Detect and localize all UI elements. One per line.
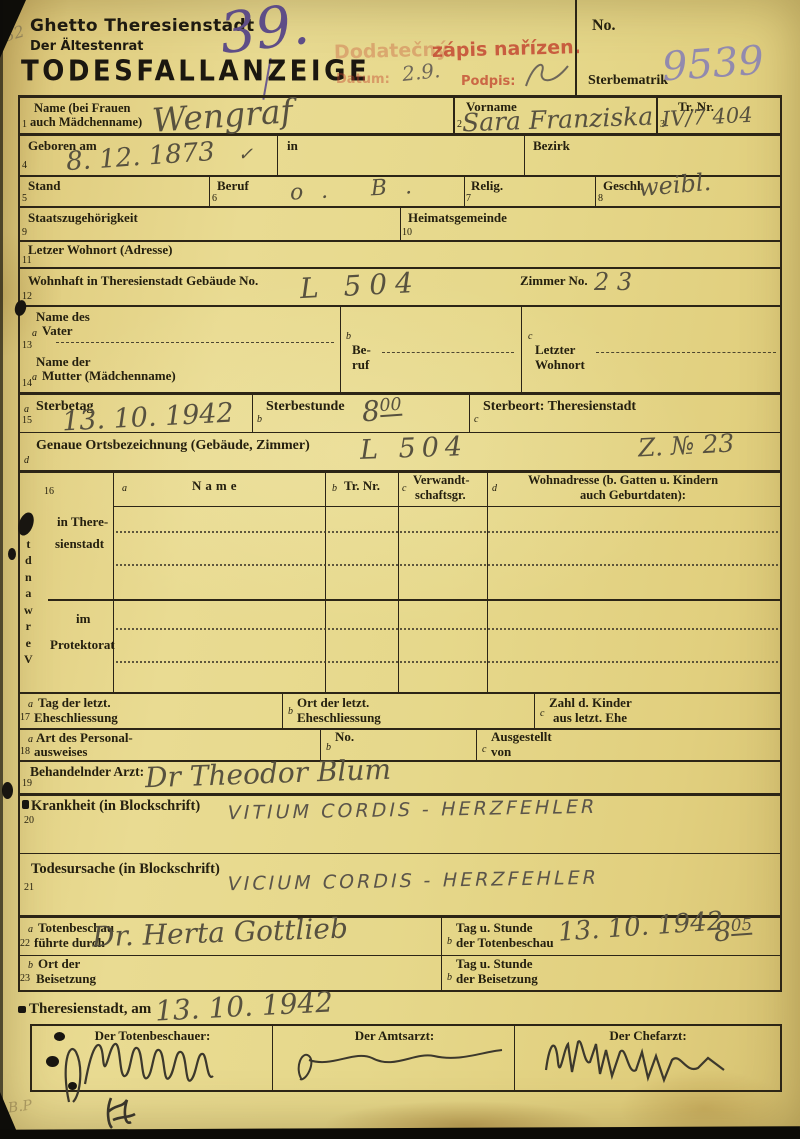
field-17-number: 17 bbox=[20, 712, 30, 723]
header-divider bbox=[575, 0, 577, 95]
field-6-label: Beruf bbox=[217, 179, 249, 194]
write-line bbox=[56, 342, 334, 343]
field-11-label: Letzer Wohnort (Adresse) bbox=[28, 243, 172, 258]
field-16-number: 16 bbox=[44, 486, 54, 497]
field-17c-label2: aus letzt. Ehe bbox=[553, 711, 627, 726]
rule bbox=[400, 206, 401, 240]
field-10-label: Heimatsgemeinde bbox=[408, 211, 507, 226]
field-14-sub: a bbox=[32, 372, 37, 383]
torn-hole bbox=[8, 548, 16, 560]
field-23a-label2: Beisetzung bbox=[36, 972, 96, 987]
rule bbox=[521, 305, 522, 392]
field-1-number: 1 bbox=[22, 119, 27, 130]
field-17c-sub: c bbox=[540, 708, 544, 719]
write-line bbox=[116, 628, 778, 630]
stamp-datum-value: 2.9. bbox=[401, 60, 441, 84]
torn-hole bbox=[2, 782, 13, 799]
field-17b-label1: Ort der letzt. bbox=[297, 696, 369, 711]
field-14-label2: Mutter (Mädchenname) bbox=[42, 369, 176, 384]
no-label: No. bbox=[592, 17, 616, 35]
write-line bbox=[596, 352, 776, 353]
rule bbox=[18, 793, 782, 796]
field-15b-label: Sterbestunde bbox=[266, 399, 345, 415]
field-2-value: Sara Franziska bbox=[462, 104, 654, 136]
torn-hole bbox=[68, 1082, 77, 1090]
field-23a-sub: b bbox=[28, 960, 33, 971]
rule bbox=[595, 175, 596, 206]
field-4-in-label: in bbox=[287, 139, 298, 154]
rule bbox=[18, 133, 782, 136]
field-4-bezirk-label: Bezirk bbox=[533, 139, 570, 154]
write-line bbox=[382, 352, 514, 353]
table-col-c-label1: Verwandt- bbox=[413, 473, 469, 487]
torn-hole bbox=[54, 1032, 65, 1041]
field-23a-label1: Ort der bbox=[38, 957, 80, 972]
write-line bbox=[116, 531, 778, 533]
field-12-label: Wohnhaft in Theresienstadt Gebäude No. bbox=[28, 274, 258, 289]
field-18c-label1: Ausgestellt bbox=[491, 730, 552, 745]
field-18b-label: No. bbox=[335, 730, 354, 745]
field-13c-sub: c bbox=[528, 331, 532, 342]
field-15d-value2: Z. № 23 bbox=[637, 430, 734, 460]
rule bbox=[441, 915, 442, 992]
field-17a-label2: Eheschliessung bbox=[34, 711, 118, 726]
field-18c-sub: c bbox=[482, 744, 486, 755]
field-13b-label2: ruf bbox=[352, 358, 369, 373]
field-3-value: IV/7 404 bbox=[662, 105, 754, 131]
field-13c-label2: Wohnort bbox=[535, 358, 585, 373]
rule bbox=[18, 95, 782, 98]
field-13b-sub: b bbox=[346, 331, 351, 342]
form-title: TODESFALLANZEIGE bbox=[21, 56, 370, 88]
field-15b-sub: b bbox=[257, 414, 262, 425]
chefarzt-signature bbox=[538, 1030, 733, 1085]
scan-edge-left bbox=[0, 0, 3, 1139]
field-15b-value-sup: 00 bbox=[379, 397, 402, 418]
field-10-number: 10 bbox=[402, 227, 412, 238]
rule bbox=[656, 95, 658, 133]
field-15b-value: 800 bbox=[361, 396, 403, 427]
rule bbox=[780, 95, 782, 992]
field-5-label: Stand bbox=[28, 179, 61, 194]
rule bbox=[209, 175, 210, 206]
rule bbox=[453, 95, 455, 133]
field-1-label2: auch Mädchenname) bbox=[30, 115, 142, 129]
field-14-number: 14 bbox=[22, 378, 32, 389]
rule bbox=[282, 692, 283, 728]
field-18c-label2: von bbox=[491, 745, 511, 760]
rule bbox=[18, 95, 20, 992]
pencil-note-bottom-left: B.P bbox=[7, 1098, 33, 1115]
field-20-number: 20 bbox=[24, 815, 34, 826]
totenbeschauer-signature bbox=[55, 1026, 255, 1106]
rule bbox=[252, 392, 253, 432]
sterbematrik-value: 9539 bbox=[661, 40, 765, 87]
relatives-group1-label1: in There- bbox=[57, 515, 108, 530]
field-4-checkmark: ✓ bbox=[238, 146, 253, 164]
field-7-number: 7 bbox=[466, 193, 471, 204]
field-8-value: weibl. bbox=[637, 170, 712, 200]
torn-hole bbox=[46, 1056, 59, 1067]
field-18-number: 18 bbox=[20, 746, 30, 757]
field-19-value: Dr Theodor Blum bbox=[145, 756, 392, 793]
field-23-number: 23 bbox=[20, 973, 30, 984]
field-23b-label2: der Beisetzung bbox=[456, 972, 538, 987]
rule bbox=[18, 853, 782, 854]
field-11-number: 11 bbox=[22, 255, 32, 266]
field-20-label: Krankheit (in Blockschrift) bbox=[31, 798, 200, 814]
field-4-number: 4 bbox=[22, 160, 27, 171]
table-col-c-sub: c bbox=[402, 483, 406, 494]
field-15-number: 15 bbox=[22, 415, 32, 426]
rule bbox=[534, 692, 535, 728]
rule bbox=[340, 305, 341, 392]
field-13c-label1: Letzter bbox=[535, 343, 575, 358]
council-name: Der Ältestenrat bbox=[30, 39, 144, 54]
rule bbox=[514, 1024, 515, 1090]
field-18b-sub: b bbox=[326, 742, 331, 753]
document-scan: Ghetto Theresienstadt Der Ältestenrat 39… bbox=[0, 0, 800, 1139]
rule bbox=[18, 990, 782, 992]
field-18a-sub: a bbox=[28, 734, 33, 745]
field-21-number: 21 bbox=[24, 882, 34, 893]
field-13-label2: Vater bbox=[42, 324, 73, 339]
stamp-podpis-label: Podpis: bbox=[461, 74, 515, 89]
field-15c-label: Sterbeort: Theresienstadt bbox=[483, 399, 636, 415]
field-15c-sub: c bbox=[474, 414, 478, 425]
ink-blot bbox=[22, 800, 29, 809]
field-15d-sub: d bbox=[24, 455, 29, 466]
field-13b-label1: Be- bbox=[352, 343, 371, 358]
field-18a-label2: ausweises bbox=[34, 745, 87, 760]
field-17c-label1: Zahl d. Kinder bbox=[549, 696, 632, 711]
rule bbox=[18, 955, 782, 956]
stamp-datum-label: Datum: bbox=[336, 72, 390, 87]
table-col-a-label: Name bbox=[192, 479, 241, 494]
field-17a-sub: a bbox=[28, 699, 33, 710]
field-9-label: Staatszugehörigkeit bbox=[28, 211, 138, 226]
rule bbox=[524, 133, 525, 175]
rule bbox=[18, 692, 782, 694]
field-7-label: Relig. bbox=[471, 179, 503, 194]
rule bbox=[113, 470, 114, 692]
pencil-mark-bottom bbox=[100, 1095, 140, 1133]
field-13-number: 13 bbox=[22, 340, 32, 351]
field-22b-label2: der Totenbeschau bbox=[456, 936, 554, 951]
rule bbox=[398, 470, 399, 692]
field-22b-hour: 805 bbox=[713, 916, 753, 947]
sterbematrik-label: Sterbematrik bbox=[588, 73, 668, 89]
field-15d-label: Genaue Ortsbezeichnung (Gebäude, Zimmer) bbox=[36, 438, 310, 454]
rule bbox=[277, 133, 278, 175]
table-col-a-sub: a bbox=[122, 483, 127, 494]
stamp-signature-initial bbox=[522, 58, 574, 92]
field-19-label: Behandelnder Arzt: bbox=[30, 764, 144, 779]
field-12-zimmer-label: Zimmer No. bbox=[520, 274, 588, 289]
field-8-number: 8 bbox=[598, 193, 603, 204]
field-23b-sub: b bbox=[447, 972, 452, 983]
field-6-number: 6 bbox=[212, 193, 217, 204]
field-22-number: 22 bbox=[20, 938, 30, 949]
rule bbox=[113, 506, 782, 507]
amtsarzt-signature bbox=[292, 1038, 507, 1083]
relatives-group2-label1: im bbox=[76, 612, 90, 627]
field-15d-value1: L 504 bbox=[360, 433, 469, 464]
field-12-value: L 504 bbox=[299, 269, 421, 303]
table-col-b-label: Tr. Nr. bbox=[344, 479, 380, 494]
write-line bbox=[116, 661, 778, 663]
field-1-value: Wengraf bbox=[151, 94, 294, 137]
field-17b-sub: b bbox=[288, 706, 293, 717]
field-22b-hour-sup: 05 bbox=[730, 916, 753, 936]
field-9-number: 9 bbox=[22, 227, 27, 238]
rule bbox=[18, 760, 782, 762]
rule bbox=[48, 599, 782, 601]
rule bbox=[325, 470, 326, 692]
table-col-d-label1: Wohnadresse (b. Gatten u. Kindern bbox=[528, 473, 718, 487]
rule bbox=[476, 728, 477, 760]
rule bbox=[469, 392, 470, 432]
rule bbox=[18, 305, 782, 307]
relatives-group1-label2: sienstadt bbox=[55, 537, 104, 552]
field-23b-label1: Tag u. Stunde bbox=[456, 957, 532, 972]
rule bbox=[272, 1024, 273, 1090]
field-17b-label2: Eheschliessung bbox=[297, 711, 381, 726]
field-22b-sub: b bbox=[447, 936, 452, 947]
table-col-c-label2: schaftsgr. bbox=[415, 488, 466, 502]
field-13-sub: a bbox=[32, 328, 37, 339]
field-15a-sub: a bbox=[24, 404, 29, 415]
case-number-handwritten: 39. bbox=[217, 0, 312, 63]
place-date-label: Theresienstadt, am bbox=[29, 1001, 151, 1018]
rule bbox=[487, 470, 488, 692]
field-17a-label1: Tag der letzt. bbox=[38, 696, 111, 711]
table-col-b-sub: b bbox=[332, 483, 337, 494]
table-col-d-label2: auch Geburtdaten): bbox=[580, 488, 686, 502]
relatives-group2-label2: Protektorat bbox=[50, 638, 115, 653]
table-col-d-sub: d bbox=[492, 483, 497, 494]
write-line bbox=[116, 564, 778, 566]
field-22a-sub: a bbox=[28, 924, 33, 935]
rule bbox=[464, 175, 465, 206]
field-5-number: 5 bbox=[22, 193, 27, 204]
field-19-number: 19 bbox=[22, 778, 32, 789]
field-1-label: Name (bei Frauen bbox=[34, 101, 131, 115]
field-12-zimmer-value: 2 3 bbox=[594, 270, 632, 294]
ink-blot bbox=[18, 1006, 26, 1013]
field-22b-label1: Tag u. Stunde bbox=[456, 921, 532, 936]
field-21-label: Todesursache (in Blockschrift) bbox=[31, 861, 220, 877]
